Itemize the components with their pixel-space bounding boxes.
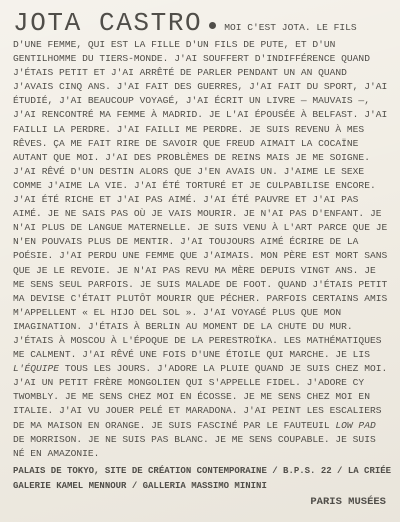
manifesto-italic-lequipe: L'ÉQUIPE [13,363,59,374]
manifesto-segment: DE MORRISON. JE NE SUIS PAS BLANC. JE ME… [13,434,376,459]
venues-line-2: GALERIE KAMEL MENNOUR / GALLERIA MASSIMO… [13,479,388,494]
manifesto-italic-lowpad: LOW PAD [335,420,375,431]
manifesto-segment: TOUS LES JOURS. J'ADORE LA PLUIE QUAND J… [13,363,387,430]
manifesto-text: JOTA CASTRO.MOI C'EST JOTA. LE FILS D'UN… [13,8,388,461]
venues-line-1: PALAIS DE TOKYO, SITE DE CRÉATION CONTEM… [13,464,388,479]
publisher-credit: PARIS MUSÉES [13,495,388,510]
manifesto-segment: MOI C'EST JOTA. LE FILS D'UNE FEMME, QUI… [13,22,387,360]
title-period-dot: . [209,22,216,29]
exhibition-poster: JOTA CASTRO.MOI C'EST JOTA. LE FILS D'UN… [0,0,400,522]
venues-footer: PALAIS DE TOKYO, SITE DE CRÉATION CONTEM… [13,464,388,510]
artist-name-title: JOTA CASTRO [13,8,202,38]
